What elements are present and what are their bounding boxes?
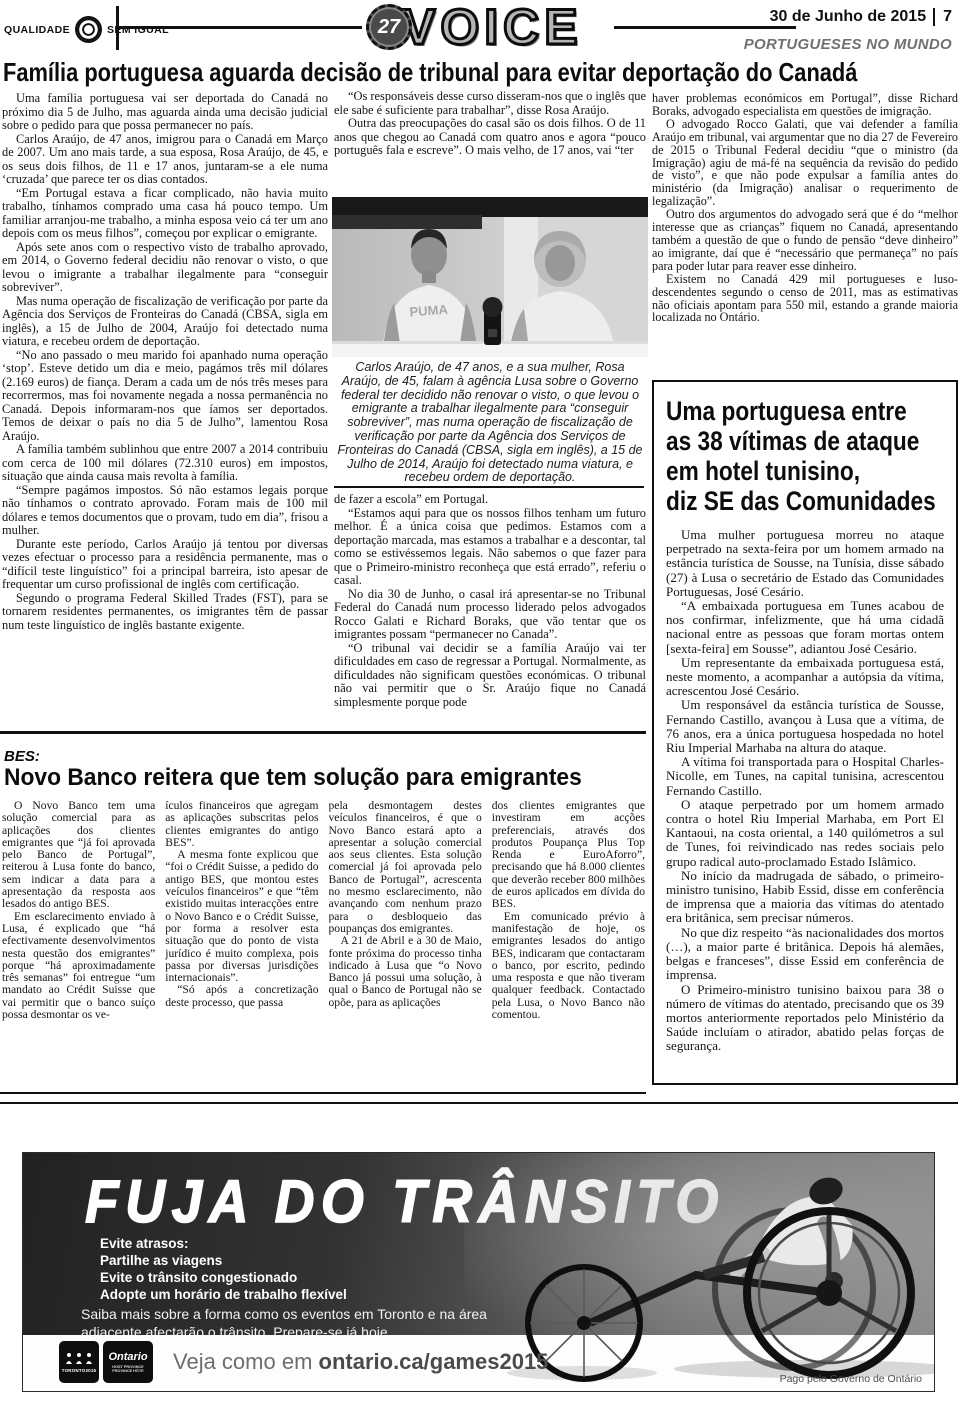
- paragraph: Partilhe as viagens: [100, 1252, 347, 1269]
- bes-col1: O Novo Banco tem uma solução comercial p…: [2, 800, 155, 1088]
- page-bottom-rule: [0, 1102, 958, 1104]
- paragraph: Em esclarecimento enviado à Lusa, é expl…: [2, 911, 155, 1022]
- paragraph: ículos financeiros que agregam as aplica…: [165, 800, 318, 849]
- paragraph: Segundo o programa Federal Skilled Trade…: [2, 592, 328, 633]
- bes-col2: ículos financeiros que agregam as aplica…: [165, 800, 318, 1088]
- bes-kicker: BES:: [4, 748, 40, 765]
- sidebar-headline: Uma portuguesa entre as 38 vítimas de at…: [666, 396, 952, 516]
- paragraph: Outro dos argumentos do advogado será qu…: [652, 208, 958, 273]
- ad-url: ontario.ca/games2015: [319, 1349, 549, 1374]
- ad-bullet-list: Evite atrasos:Partilhe as viagensEvite o…: [100, 1235, 347, 1303]
- paragraph: “Só após a concretização deste processo,…: [165, 984, 318, 1009]
- ad-paid-by: Pago pelo Governo de Ontário: [780, 1373, 922, 1385]
- lead-article-col1: Uma família portuguesa vai ser deportada…: [2, 92, 328, 650]
- page-number: 7: [943, 8, 952, 26]
- paragraph: No início da madrugada de sábado, o prim…: [666, 869, 944, 926]
- paragraph: Uma família portuguesa vai ser deportada…: [2, 92, 328, 133]
- paragraph: A 21 de Abril e a 30 de Maio, fonte próx…: [329, 935, 482, 1009]
- sidebar-article-body: Uma mulher portuguesa morreu no ataque p…: [666, 528, 944, 1054]
- lead-article-col2-top: “Os responsáveis desse curso disseram-no…: [334, 90, 646, 196]
- newspaper-page: QUALIDADE SEM IGUAL 27 VOICE 30 de Junho…: [0, 0, 960, 1406]
- section-label: PORTUGUESES NO MUNDO: [744, 36, 952, 53]
- ad-url-prefix: Veja como em: [173, 1349, 319, 1374]
- masthead-rule-left: [119, 26, 362, 29]
- bes-bottom-rule: [0, 1092, 646, 1094]
- paragraph: Adopte um horário de trabalho flexível: [100, 1286, 347, 1303]
- panam-figures-icon: [64, 1352, 94, 1368]
- lead-article-col3: haver problemas económicos em Portugal”,…: [652, 92, 958, 378]
- transit-ad: FUJA DO TRÂNSITO Evite atrasos:Partilhe …: [22, 1152, 935, 1392]
- paragraph: haver problemas económicos em Portugal”,…: [652, 92, 958, 118]
- voice-recorder-icon: [483, 297, 503, 345]
- paragraph: “Estamos aqui para que os nossos filhos …: [334, 507, 646, 588]
- paragraph: Evite o trânsito congestionado: [100, 1269, 347, 1286]
- paragraph: Um representante da embaixada portuguesa…: [666, 656, 944, 699]
- paragraph: “A embaixada portuguesa em Tunes acabou …: [666, 599, 944, 656]
- date-text: 30 de Junho de 2015: [770, 8, 927, 26]
- couple-photo: PUMA: [332, 197, 648, 357]
- voice-masthead-logo: 27 VOICE: [366, 2, 583, 52]
- paragraph: Em comunicado prévio à manifestação de h…: [492, 911, 645, 1022]
- masthead-rule-right: [614, 26, 796, 29]
- bes-article-columns: O Novo Banco tem uma solução comercial p…: [2, 800, 645, 1088]
- photo-caption: Carlos Araújo, de 47 anos, e a sua mulhe…: [336, 361, 644, 485]
- paragraph: A vítima foi transportada para o Hospita…: [666, 755, 944, 798]
- paragraph: “O tribunal vai decidir se a família Ara…: [334, 642, 646, 710]
- paragraph: Um responsável da estância turística de …: [666, 698, 944, 755]
- masthead-title: VOICE: [402, 2, 583, 52]
- toronto-logo-label: TORONTO2015: [62, 1368, 97, 1373]
- paragraph: “No ano passado o meu marido foi apanhad…: [2, 349, 328, 444]
- ontario-logo: Ontario HOST PROVINCE PROVINCE HÔTE: [103, 1341, 153, 1383]
- paragraph: O Novo Banco tem uma solução comercial p…: [2, 800, 155, 911]
- bes-col3: pela desmontagem destes veículos finance…: [329, 800, 482, 1088]
- paragraph: O advogado Rocco Galati, que vai defende…: [652, 118, 958, 208]
- quality-seal-icon: [75, 16, 102, 43]
- svg-text:PUMA: PUMA: [409, 302, 449, 320]
- ad-url-line: Veja como em ontario.ca/games2015: [173, 1349, 548, 1375]
- quality-label-left: QUALIDADE: [4, 24, 70, 36]
- paragraph: A mesma fonte explicou que “foi o Crédit…: [165, 849, 318, 984]
- paragraph: Mas numa operação de fiscalização de ver…: [2, 295, 328, 349]
- host-province-label: HOST PROVINCE PROVINCE HÔTE: [103, 1365, 153, 1374]
- page-number-divider: [933, 8, 935, 26]
- paragraph: “Sempre pagámos impostos. Só não estamos…: [2, 484, 328, 538]
- paragraph: No dia 30 de Junho, o casal irá apresent…: [334, 588, 646, 642]
- bes-col4: dos clientes emigrantes que investiram e…: [492, 800, 645, 1088]
- paragraph: A família também sublinhou que entre 200…: [2, 443, 328, 484]
- quality-seal: QUALIDADE SEM IGUAL: [4, 16, 169, 43]
- paragraph: pela desmontagem destes veículos finance…: [329, 800, 482, 935]
- lead-article-bottom-rule: [0, 731, 646, 734]
- paragraph: Existem no Canadá 429 mil portugueses e …: [652, 273, 958, 325]
- paragraph: dos clientes emigrantes que investiram e…: [492, 800, 645, 911]
- paragraph: “Os responsáveis desse curso disseram-no…: [334, 90, 646, 117]
- ontario-logo-label: Ontario: [108, 1351, 147, 1363]
- paragraph: Uma mulher portuguesa morreu no ataque p…: [666, 528, 944, 599]
- paragraph: Outra das preocupações do casal são os d…: [334, 117, 646, 158]
- paragraph: No que diz respeito “às nacionalidades d…: [666, 926, 944, 983]
- couple-photo-illustration: PUMA: [332, 197, 648, 357]
- paragraph: “Em Portugal estava a ficar complicado, …: [2, 187, 328, 241]
- paragraph: Após sete anos com o respectivo visto de…: [2, 241, 328, 295]
- lead-article-col2-bottom: de fazer a escola” em Portugal.“Estamos …: [334, 493, 646, 734]
- toronto2015-logo: TORONTO2015: [59, 1341, 99, 1383]
- issue-date: 30 de Junho de 2015 7: [770, 8, 952, 26]
- paragraph: Carlos Araújo, de 47 anos, imigrou para …: [2, 133, 328, 187]
- paragraph: de fazer a escola” em Portugal.: [334, 493, 646, 507]
- paragraph: O ataque perpetrado por um homem armado …: [666, 798, 944, 869]
- anniversary-badge-icon: 27: [366, 4, 412, 50]
- sidebar-article-box: Uma portuguesa entre as 38 vítimas de at…: [652, 380, 958, 1085]
- paragraph: O Primeiro-ministro tunisino baixou para…: [666, 983, 944, 1054]
- lead-headline: Família portuguesa aguarda decisão de tr…: [3, 57, 960, 88]
- paragraph: Durante este período, Carlos Araújo já t…: [2, 538, 328, 592]
- caption-divider: [334, 486, 644, 488]
- bes-headline: Novo Banco reitera que tem solução para …: [4, 764, 660, 792]
- paragraph: Evite atrasos:: [100, 1235, 347, 1252]
